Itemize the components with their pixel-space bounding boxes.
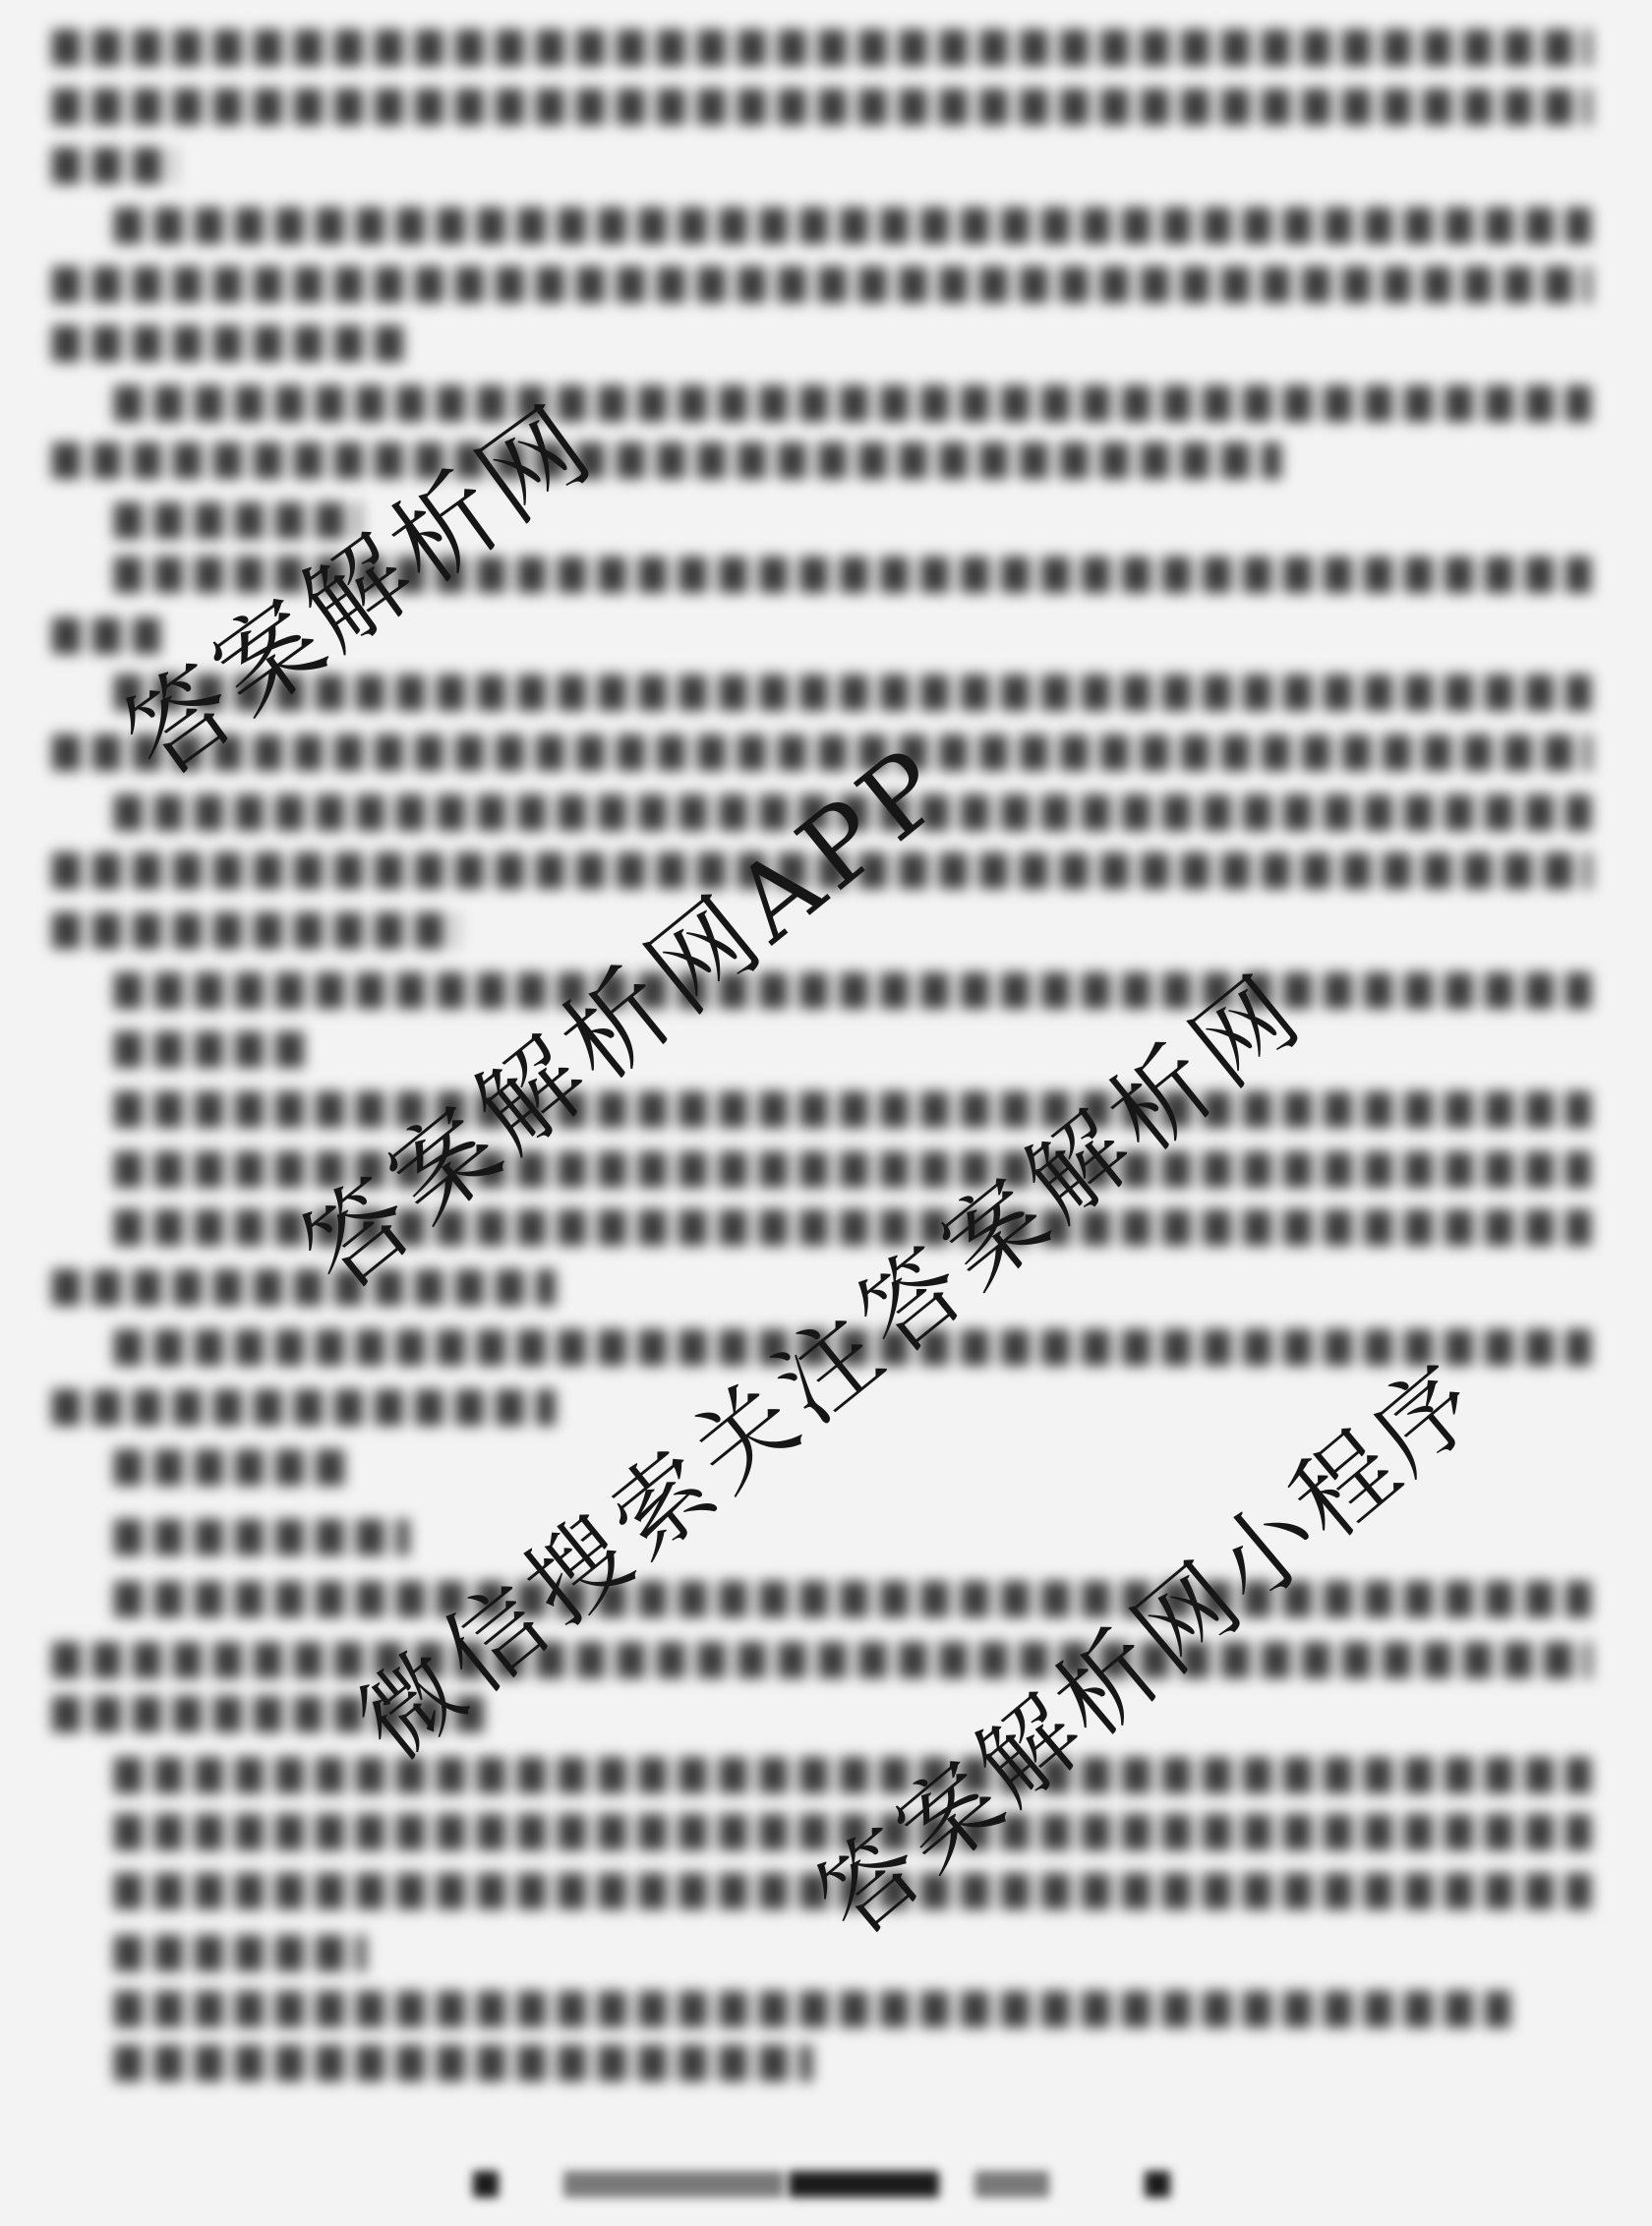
body-text-line <box>52 734 1591 771</box>
body-text-line <box>114 1991 1510 2027</box>
body-text-line <box>114 502 360 539</box>
body-text-line <box>114 1091 1591 1128</box>
body-text-line <box>52 29 1591 66</box>
footer-text-segment <box>974 2171 1049 2197</box>
body-text-line <box>114 207 1591 244</box>
footer-text-segment <box>473 2171 499 2197</box>
body-text-line <box>52 88 1591 125</box>
body-text-line <box>114 2045 812 2081</box>
body-text-line <box>52 325 403 362</box>
body-text-line <box>52 442 1281 479</box>
footer-text-segment <box>789 2171 939 2197</box>
body-text-line <box>114 1449 353 1486</box>
body-text-line <box>114 385 1591 422</box>
document-page: 答案解析网答案解析网APP微信搜索关注答案解析网答案解析网小程序 <box>0 0 1652 2226</box>
body-text-line <box>114 972 1591 1009</box>
body-text-line <box>114 1935 366 1971</box>
body-text-line <box>52 147 175 184</box>
body-text-line <box>52 1642 1591 1678</box>
footer-text-segment <box>563 2171 784 2197</box>
body-text-line <box>114 1031 311 1068</box>
footer-text-segment <box>1145 2171 1170 2197</box>
body-text-line <box>52 617 160 654</box>
body-text-line <box>114 1581 1591 1617</box>
body-text-line <box>52 1269 556 1306</box>
body-text-line <box>52 1389 556 1426</box>
body-text-line <box>114 1757 1591 1793</box>
body-text-line <box>52 912 457 949</box>
body-text-line <box>52 266 1591 303</box>
body-text-line <box>114 1519 409 1555</box>
